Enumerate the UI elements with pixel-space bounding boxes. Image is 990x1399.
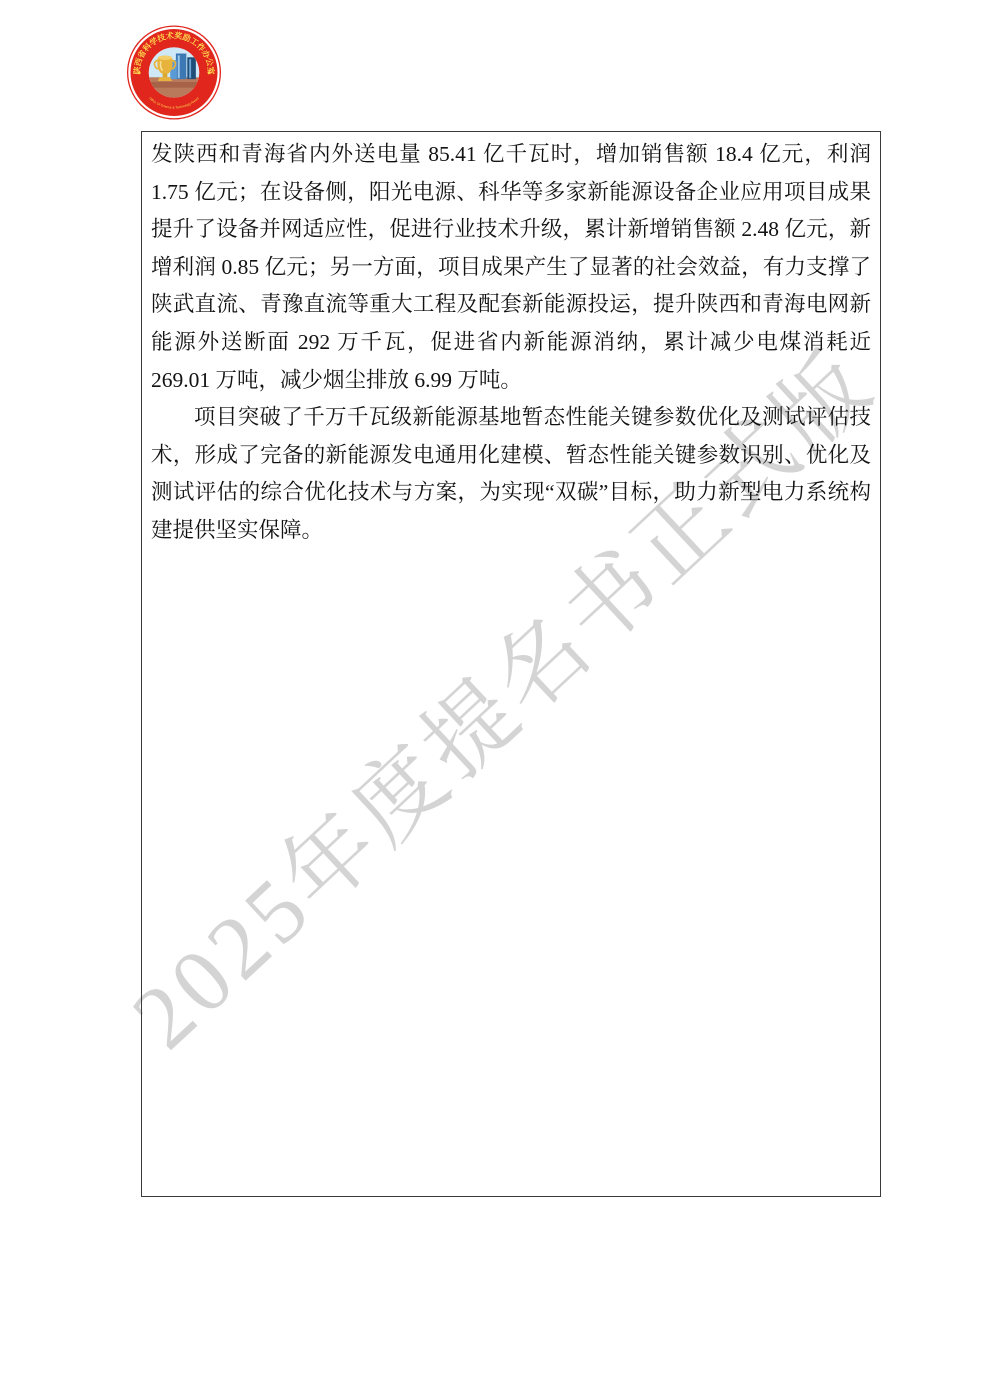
organization-seal-logo: 陕西省科学技术奖励工作办公室 Office Of Science & Techn… <box>126 25 222 120</box>
document-text-box: 发陕西和青海省内外送电量 85.41 亿千瓦时，增加销售额 18.4 亿元，利润… <box>141 131 881 1197</box>
seal-icon: 陕西省科学技术奖励工作办公室 Office Of Science & Techn… <box>126 25 222 120</box>
seal-right-star-icon: ★ <box>207 71 212 77</box>
seal-left-star-icon: ★ <box>136 71 141 77</box>
paragraph-economic-benefits: 发陕西和青海省内外送电量 85.41 亿千瓦时，增加销售额 18.4 亿元，利润… <box>151 136 871 399</box>
page: 2025年度提名书正式版 <box>0 0 990 1399</box>
paragraph-project-summary: 项目突破了千万千瓦级新能源基地暂态性能关键参数优化及测试评估技术，形成了完备的新… <box>151 399 871 549</box>
